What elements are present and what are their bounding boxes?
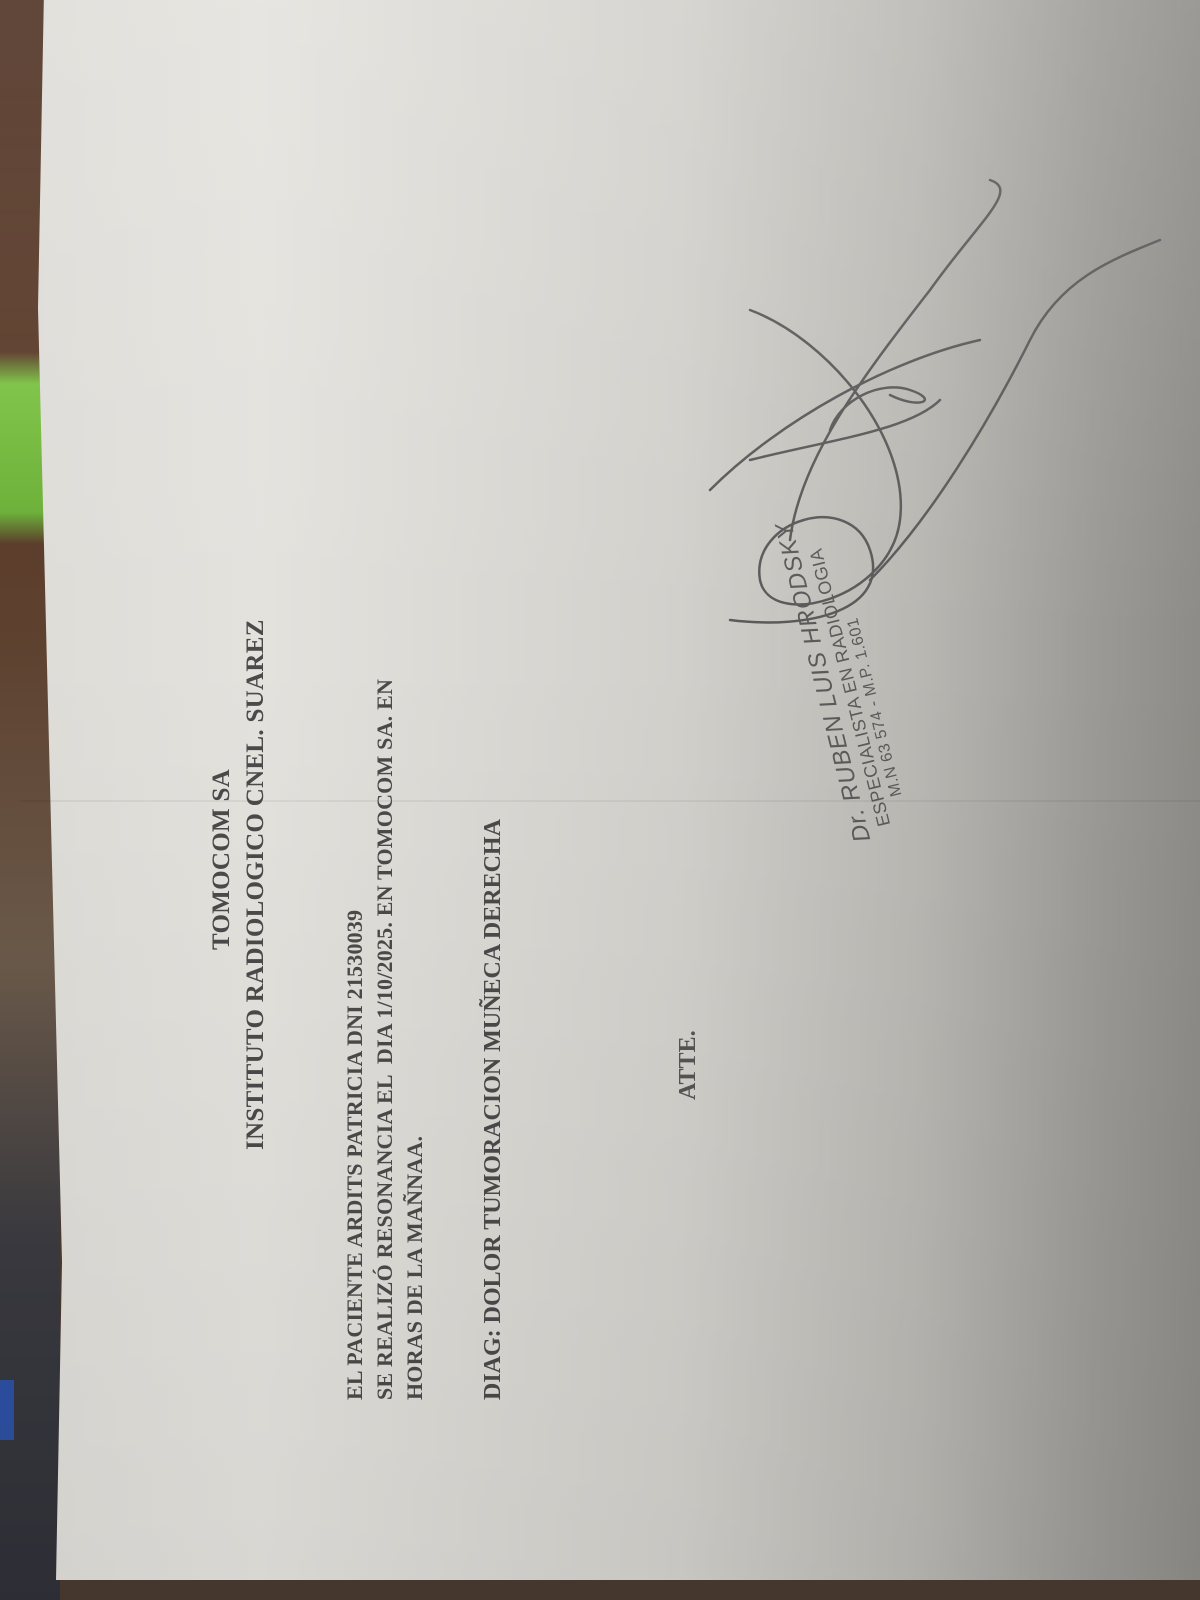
institute-name: INSTITUTO RADIOLOGICO CNEL. SUAREZ xyxy=(242,619,270,1150)
signature-icon xyxy=(690,160,1200,640)
company-name: TOMOCOM SA xyxy=(208,769,236,950)
certificate-body: EL PACIENTE ARDITS PATRICIA DNI 21530039… xyxy=(340,290,430,1400)
body-line: HORAS DE LA MAÑNAA. xyxy=(400,290,430,1400)
background-object xyxy=(0,1380,14,1440)
closing: ATTE. xyxy=(675,1030,702,1100)
body-line: EL PACIENTE ARDITS PATRICIA DNI 21530039 xyxy=(340,290,370,1400)
body-line: SE REALIZÓ RESONANCIA EL DIA 1/10/2025. … xyxy=(370,290,400,1400)
medical-certificate: TOMOCOM SA INSTITUTO RADIOLOGICO CNEL. S… xyxy=(200,260,1100,1420)
diagnosis: DIAG: DOLOR TUMORACION MUÑECA DERECHA xyxy=(480,819,507,1400)
